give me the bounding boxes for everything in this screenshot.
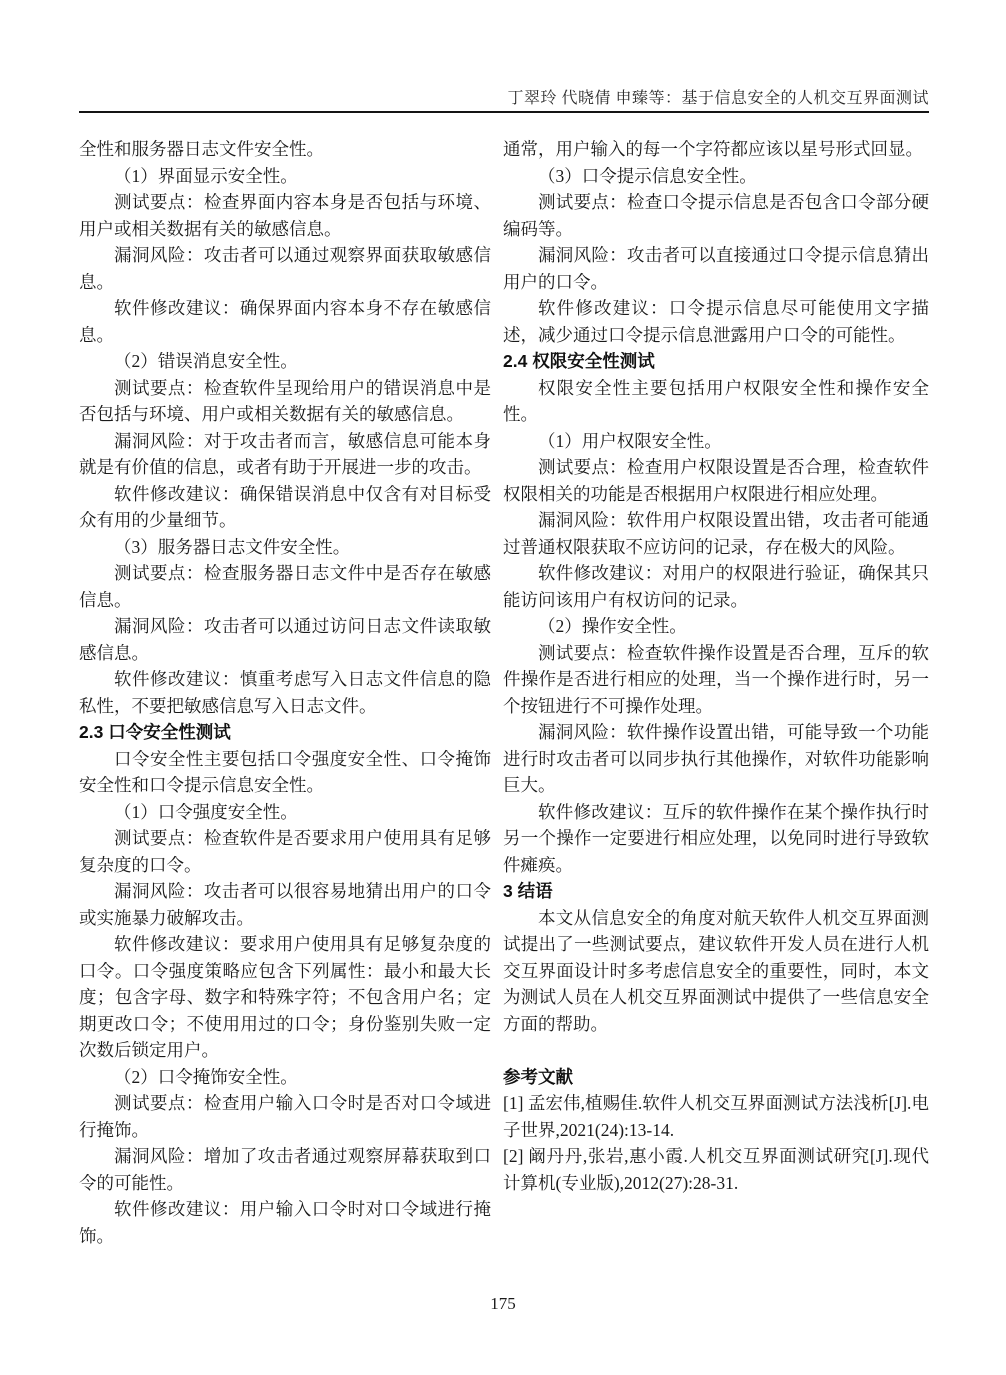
section-heading: 2.3 口令安全性测试	[79, 719, 491, 746]
paragraph: 软件修改建议：确保错误消息中仅含有对目标受众有用的少量细节。	[79, 481, 491, 534]
reference-item: [1] 孟宏伟,植赐佳.软件人机交互界面测试方法浅析[J].电子世界,2021(…	[503, 1090, 929, 1143]
paragraph: 软件修改建议：互斥的软件操作在某个操作执行时另一个操作一定要进行相应处理，以免同…	[503, 799, 929, 879]
paragraph: 漏洞风险：软件用户权限设置出错，攻击者可能通过普通权限获取不应访问的记录，存在极…	[503, 507, 929, 560]
paragraph: 软件修改建议：确保界面内容本身不存在敏感信息。	[79, 295, 491, 348]
paragraph: 测试要点：检查服务器日志文件中是否存在敏感信息。	[79, 560, 491, 613]
paragraph: 本文从信息安全的角度对航天软件人机交互界面测试提出了一些测试要点，建议软件开发人…	[503, 905, 929, 1038]
paragraph: （1）用户权限安全性。	[503, 428, 929, 455]
paragraph: 漏洞风险：增加了攻击者通过观察屏幕获取到口令的可能性。	[79, 1143, 491, 1196]
running-head: 丁翠玲 代晓倩 申臻等：基于信息安全的人机交互界面测试	[79, 85, 929, 108]
section-heading: 参考文献	[503, 1064, 929, 1091]
paragraph: （2）操作安全性。	[503, 613, 929, 640]
paragraph: （3）口令提示信息安全性。	[503, 163, 929, 190]
left-column: 全性和服务器日志文件安全性。（1）界面显示安全性。测试要点：检查界面内容本身是否…	[79, 136, 491, 1249]
paragraph: 测试要点：检查口令提示信息是否包含口令部分硬编码等。	[503, 189, 929, 242]
reference-item: [2] 阚丹丹,张岩,惠小霞.人机交互界面测试研究[J].现代计算机(专业版),…	[503, 1143, 929, 1196]
paragraph: 漏洞风险：软件操作设置出错，可能导致一个功能进行时攻击者可以同步执行其他操作，对…	[503, 719, 929, 799]
section-heading: 2.4 权限安全性测试	[503, 348, 929, 375]
paragraph: 漏洞风险：攻击者可以直接通过口令提示信息猜出用户的口令。	[503, 242, 929, 295]
paragraph: 口令安全性主要包括口令强度安全性、口令掩饰安全性和口令提示信息安全性。	[79, 746, 491, 799]
paragraph: （1）口令强度安全性。	[79, 799, 491, 826]
paragraph: 全性和服务器日志文件安全性。	[79, 136, 491, 163]
paper-page: 丁翠玲 代晓倩 申臻等：基于信息安全的人机交互界面测试 全性和服务器日志文件安全…	[0, 0, 1006, 1375]
paragraph: 测试要点：检查用户输入口令时是否对口令域进行掩饰。	[79, 1090, 491, 1143]
paragraph: 漏洞风险：攻击者可以通过观察界面获取敏感信息。	[79, 242, 491, 295]
paragraph: 软件修改建议：用户输入口令时对口令域进行掩饰。	[79, 1196, 491, 1249]
paragraph: （1）界面显示安全性。	[79, 163, 491, 190]
section-heading: 3 结语	[503, 878, 929, 905]
paragraph: 软件修改建议：口令提示信息尽可能使用文字描述，减少通过口令提示信息泄露用户口令的…	[503, 295, 929, 348]
paragraph: 测试要点：检查界面内容本身是否包括与环境、用户或相关数据有关的敏感信息。	[79, 189, 491, 242]
paragraph: 漏洞风险：对于攻击者而言，敏感信息可能本身就是有价值的信息，或者有助于开展进一步…	[79, 428, 491, 481]
paragraph: 漏洞风险：攻击者可以通过访问日志文件读取敏感信息。	[79, 613, 491, 666]
paragraph: 软件修改建议：要求用户使用具有足够复杂度的口令。口令强度策略应包含下列属性：最小…	[79, 931, 491, 1064]
right-column: 通常，用户输入的每一个字符都应该以星号形式回显。（3）口令提示信息安全性。测试要…	[503, 136, 929, 1196]
header-rule	[79, 111, 929, 113]
paragraph: （3）服务器日志文件安全性。	[79, 534, 491, 561]
paragraph: 软件修改建议：对用户的权限进行验证，确保其只能访问该用户有权访问的记录。	[503, 560, 929, 613]
page-number: 175	[0, 1294, 1006, 1314]
paragraph: 测试要点：检查软件操作设置是否合理，互斥的软件操作是否进行相应的处理，当一个操作…	[503, 640, 929, 720]
paragraph: 测试要点：检查用户权限设置是否合理，检查软件权限相关的功能是否根据用户权限进行相…	[503, 454, 929, 507]
paragraph: （2）错误消息安全性。	[79, 348, 491, 375]
paragraph: 权限安全性主要包括用户权限安全性和操作安全性。	[503, 375, 929, 428]
paragraph: 漏洞风险：攻击者可以很容易地猜出用户的口令或实施暴力破解攻击。	[79, 878, 491, 931]
paragraph: 软件修改建议：慎重考虑写入日志文件信息的隐私性，不要把敏感信息写入日志文件。	[79, 666, 491, 719]
paragraph: （2）口令掩饰安全性。	[79, 1064, 491, 1091]
paragraph: 测试要点：检查软件呈现给用户的错误消息中是否包括与环境、用户或相关数据有关的敏感…	[79, 375, 491, 428]
paragraph: 通常，用户输入的每一个字符都应该以星号形式回显。	[503, 136, 929, 163]
paragraph: 测试要点：检查软件是否要求用户使用具有足够复杂度的口令。	[79, 825, 491, 878]
